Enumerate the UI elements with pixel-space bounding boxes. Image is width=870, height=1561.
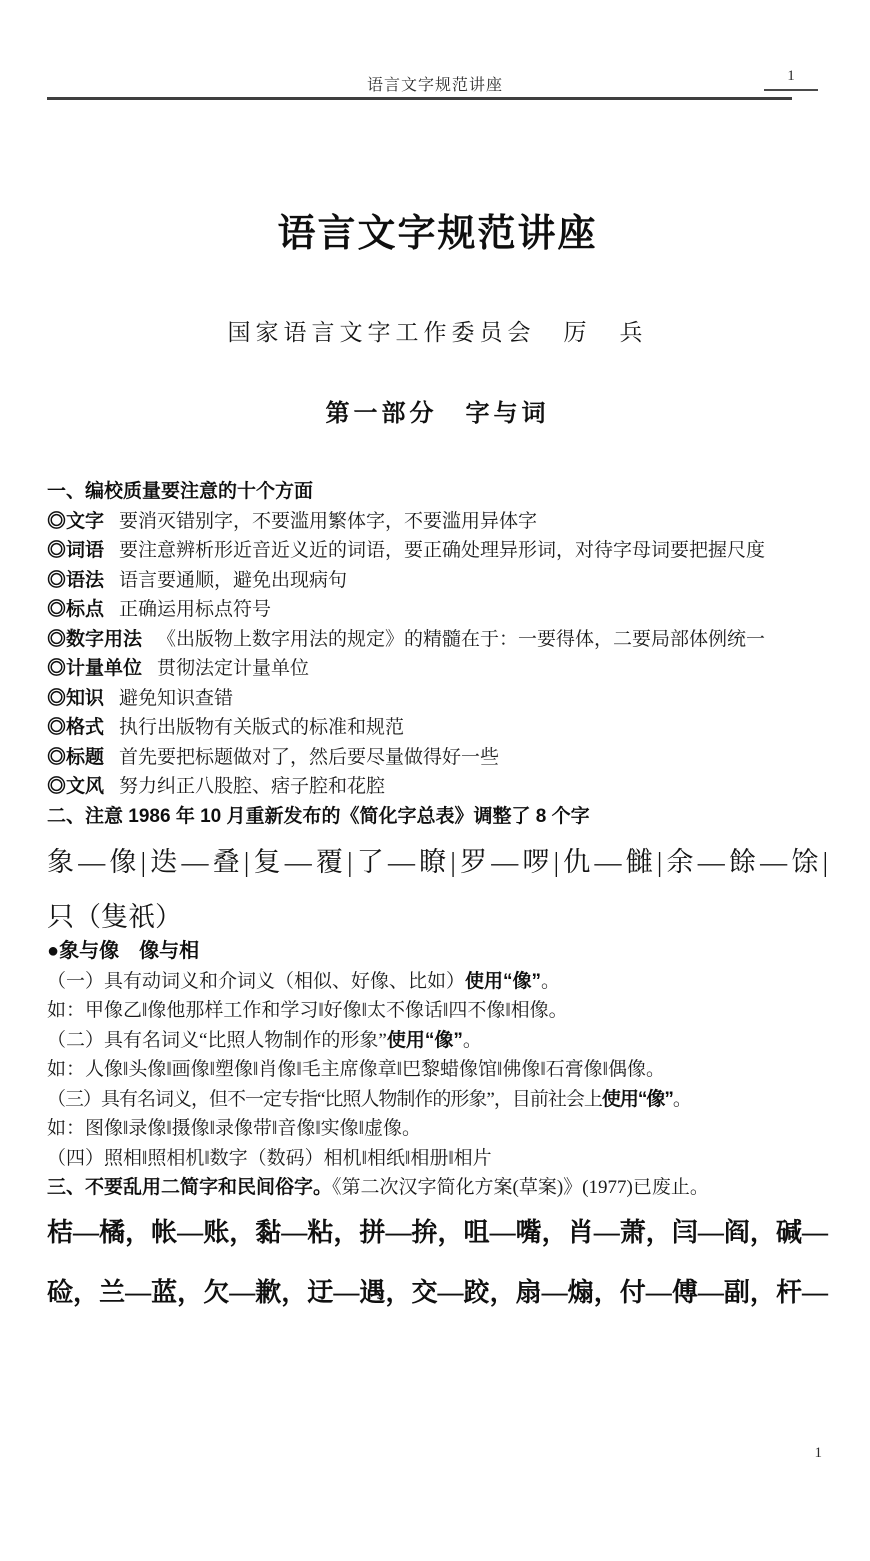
usage-paragraph: （三）具有名词义，但不一定专指“比照人物制作的形象”，目前社会上使用“像”。 (47, 1085, 828, 1115)
section-three-heading-bold: 三、不要乱用二简字和民间俗字。 (47, 1177, 332, 1198)
footer-page-number: 1 (815, 1445, 823, 1462)
paragraph-bold: 使用“像” (387, 1030, 463, 1051)
paragraph-lead: （二）具有名词义“比照人物制作的形象” (47, 1030, 387, 1051)
paragraph-lead: （四）照相‖照相机‖数字（数码）相机‖相纸‖相册‖相片 (47, 1148, 492, 1169)
item-label: ◎语法 (47, 570, 119, 591)
item-label: ◎标题 (47, 747, 119, 768)
doc-title: 语言文字规范讲座 (47, 208, 828, 260)
zhi-variants-line: 只（隻祇） (47, 897, 828, 937)
paragraph-lead: （一）具有动词义和介词义（相似、好像、比如） (47, 971, 465, 992)
checklist-item: ◎词语要注意辨析形近音近义近的词语，要正确处理异形词，对待字母词要把握尺度 (47, 536, 828, 566)
item-label: ◎标点 (47, 599, 119, 620)
header-title: 语言文字规范讲座 (0, 72, 870, 95)
section-three-heading: 三、不要乱用二简字和民间俗字。《第二次汉字简化方案(草案)》(1977)已废止。 (47, 1173, 828, 1203)
paragraph-bold: 使用“像” (602, 1089, 673, 1110)
checklist-item: ◎文风努力纠正八股腔、痞子腔和花腔 (47, 772, 828, 802)
bullet-icon: ◎ (47, 776, 66, 797)
checklist-item: ◎知识避免知识查错 (47, 684, 828, 714)
item-label: ◎文字 (47, 511, 119, 532)
section-two-heading: 二、注意 1986 年 10 月重新发布的《简化字总表》调整了 8 个字 (47, 802, 828, 832)
usage-paragraph: （四）照相‖照相机‖数字（数码）相机‖相纸‖相册‖相片 (47, 1144, 828, 1174)
paragraph-bold: 使用“像” (465, 971, 541, 992)
item-label-text: 标题 (66, 747, 104, 768)
item-text: 语言要通顺，避免出现病句 (119, 570, 347, 591)
item-label-text: 知识 (66, 688, 104, 709)
item-label-text: 词语 (66, 540, 104, 561)
bullet-icon: ◎ (47, 570, 66, 591)
item-label-text: 格式 (66, 717, 104, 738)
bullet-icon: ◎ (47, 717, 66, 738)
checklist-item: ◎格式执行出版物有关版式的标准和规范 (47, 713, 828, 743)
body-text: 一、编校质量要注意的十个方面 ◎文字要消灭错别字，不要滥用繁体字，不要滥用异体字… (47, 477, 828, 1313)
checklist-item: ◎计量单位贯彻法定计量单位 (47, 654, 828, 684)
item-label-text: 数字用法 (66, 629, 142, 650)
item-text: 要注意辨析形近音近义近的词语，要正确处理异形词，对待字母词要把握尺度 (119, 540, 765, 561)
paragraph-lead: 如：甲像乙‖像他那样工作和学习‖好像‖太不像话‖四不像‖相像。 (47, 1000, 568, 1021)
item-label: ◎计量单位 (47, 658, 157, 679)
item-text: 正确运用标点符号 (119, 599, 271, 620)
header-page-number: 1 (764, 68, 818, 91)
paragraph-tail: 。 (541, 971, 560, 992)
item-label: ◎知识 (47, 688, 119, 709)
checklist-item: ◎文字要消灭错别字，不要滥用繁体字，不要滥用异体字 (47, 507, 828, 537)
checklist-item: ◎标题首先要把标题做对了，然后要尽量做得好一些 (47, 743, 828, 773)
bullet-icon: ◎ (47, 599, 66, 620)
simplified-pairs-line: 象—像|迭—叠|复—覆|了—瞭|罗—啰|仇—雠|余—餘—馀| (47, 842, 828, 882)
usage-paragraph: 如：图像‖录像‖摄像‖录像带‖音像‖实像‖虚像。 (47, 1114, 828, 1144)
item-label-text: 文字 (66, 511, 104, 532)
bullet-icon: ◎ (47, 629, 66, 650)
section-three-heading-rest: 《第二次汉字简化方案(草案)》(1977)已废止。 (332, 1177, 709, 1198)
paragraph-tail: 。 (673, 1089, 691, 1110)
item-text: 首先要把标题做对了，然后要尽量做得好一些 (119, 747, 499, 768)
usage-paragraph: （一）具有动词义和介词义（相似、好像、比如）使用“像”。 (47, 967, 828, 997)
checklist-item: ◎标点正确运用标点符号 (47, 595, 828, 625)
item-label: ◎文风 (47, 776, 119, 797)
item-label-text: 文风 (66, 776, 104, 797)
item-text: 努力纠正八股腔、痞子腔和花腔 (119, 776, 385, 797)
checklist-item: ◎语法语言要通顺，避免出现病句 (47, 566, 828, 596)
item-text: 《出版物上数字用法的规定》的精髓在于：一要得体，二要局部体例统一 (157, 629, 765, 650)
item-text: 避免知识查错 (119, 688, 233, 709)
usage-paragraph: 如：甲像乙‖像他那样工作和学习‖好像‖太不像话‖四不像‖相像。 (47, 996, 828, 1026)
folk-chars-line-1: 桔—橘，帐—账，黏—粘，拼—拚，咀—嘴，肖—萧，闫—阎，碱— (47, 1213, 828, 1253)
document-page: 语言文字规范讲座 1 语言文字规范讲座 国家语言文字工作委员会 厉 兵 第一部分… (0, 0, 870, 1561)
paragraph-lead: 如：人像‖头像‖画像‖塑像‖肖像‖毛主席像章‖巴黎蜡像馆‖佛像‖石膏像‖偶像。 (47, 1059, 665, 1080)
bullet-icon: ◎ (47, 511, 66, 532)
item-label: ◎格式 (47, 717, 119, 738)
folk-chars-line-2: 硷，兰—蓝，欠—歉，迂—遇，交—跤，扇—煽，付—傅—副，杆— (47, 1273, 828, 1313)
bullet-icon: ◎ (47, 540, 66, 561)
bullet-icon: ◎ (47, 658, 66, 679)
page-content: 语言文字规范讲座 国家语言文字工作委员会 厉 兵 第一部分 字与词 一、编校质量… (47, 97, 828, 1313)
section-one-heading: 一、编校质量要注意的十个方面 (47, 477, 828, 507)
checklist-item: ◎数字用法《出版物上数字用法的规定》的精髓在于：一要得体，二要局部体例统一 (47, 625, 828, 655)
item-label: ◎数字用法 (47, 629, 157, 650)
item-label-text: 标点 (66, 599, 104, 620)
usage-paragraph: 如：人像‖头像‖画像‖塑像‖肖像‖毛主席像章‖巴黎蜡像馆‖佛像‖石膏像‖偶像。 (47, 1055, 828, 1085)
item-label: ◎词语 (47, 540, 119, 561)
part-heading: 第一部分 字与词 (47, 397, 828, 431)
bullet-icon: ◎ (47, 688, 66, 709)
xiang-subheading: ●象与像 像与相 (47, 937, 828, 967)
paragraph-lead: 如：图像‖录像‖摄像‖录像带‖音像‖实像‖虚像。 (47, 1118, 421, 1139)
item-label-text: 计量单位 (66, 658, 142, 679)
paragraph-tail: 。 (463, 1030, 482, 1051)
item-text: 执行出版物有关版式的标准和规范 (119, 717, 404, 738)
item-label-text: 语法 (66, 570, 104, 591)
item-text: 要消灭错别字，不要滥用繁体字，不要滥用异体字 (119, 511, 537, 532)
item-text: 贯彻法定计量单位 (157, 658, 309, 679)
paragraph-lead: （三）具有名词义，但不一定专指“比照人物制作的形象”，目前社会上 (47, 1089, 602, 1110)
byline: 国家语言文字工作委员会 厉 兵 (47, 317, 828, 348)
bullet-icon: ◎ (47, 747, 66, 768)
usage-paragraph: （二）具有名词义“比照人物制作的形象”使用“像”。 (47, 1026, 828, 1056)
